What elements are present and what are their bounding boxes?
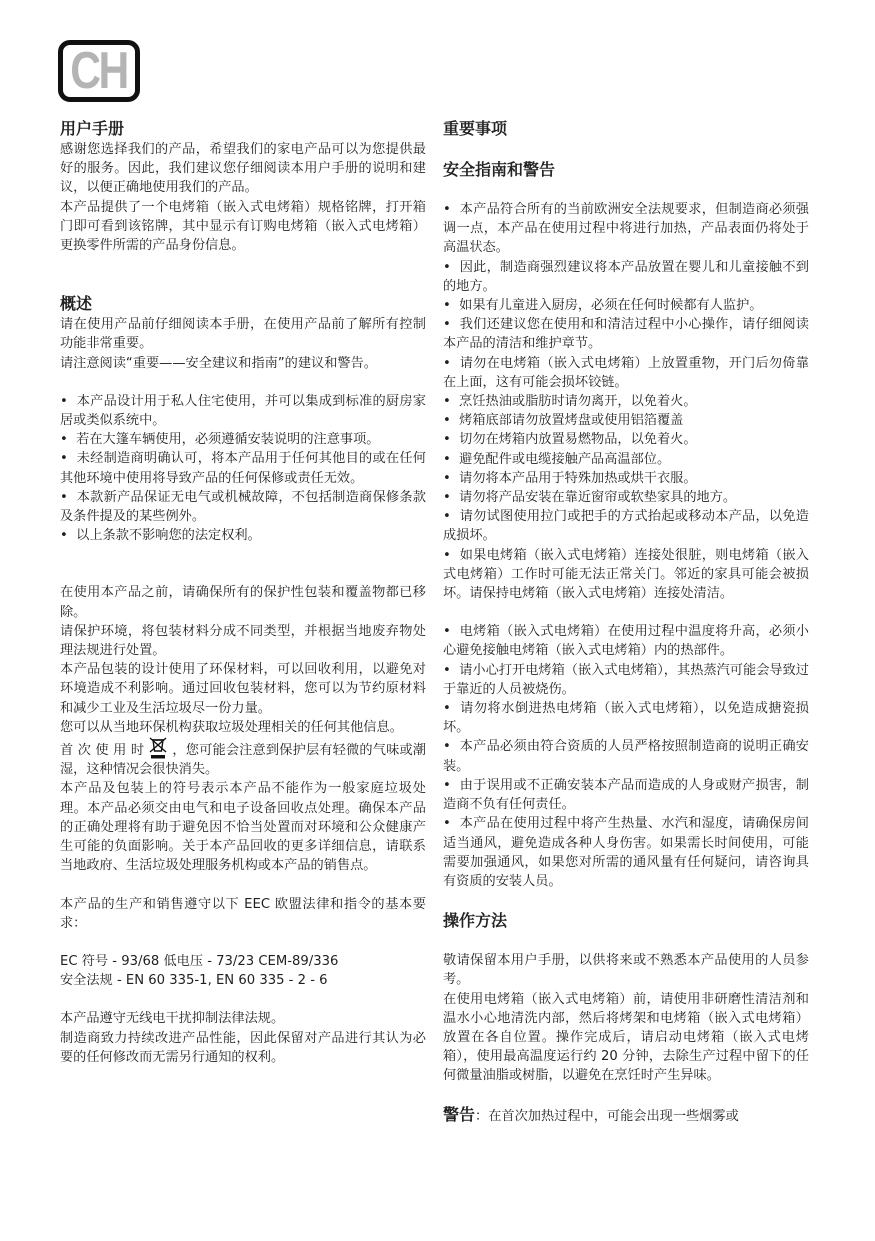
safety-bullet: 因此，制造商强烈建议将本产品放置在婴儿和儿童接触不到的地方。 <box>443 258 809 296</box>
disposal-paragraph: 本产品及包装上的符号表示本产品不能作为一般家庭垃圾处理。本产品必须交由电气和电子… <box>60 779 426 875</box>
safety-bullet: 请小心打开电烤箱（嵌入式电烤箱），其热蒸汽可能会导致过于靠近的人员被烧伤。 <box>443 661 809 699</box>
warning-paragraph: 警告：在首次加热过程中，可能会出现一些烟雾或 <box>443 1105 809 1126</box>
operation-paragraph: 敬请保留本用户手册，以供将来或不熟悉本产品使用的人员参考。 <box>443 951 809 989</box>
safety-bullet: 请勿试图使用拉门或把手的方式抬起或移动本产品，以免造成损坏。 <box>443 507 809 545</box>
packaging-paragraph: 请保护环境，将包装材料分成不同类型，并根据当地废弃物处理法规进行处置。 <box>60 622 426 660</box>
crossed-bin-icon <box>148 737 168 759</box>
safety-bullet: 电烤箱（嵌入式电烤箱）在使用过程中温度将升高，必须小心避免接触电烤箱（嵌入式电烤… <box>443 622 809 660</box>
safety-bullet: 切勿在烤箱内放置易燃物品，以免着火。 <box>443 430 809 449</box>
safety-bullet: 本产品符合所有的当前欧洲安全法规要求，但制造商必须强调一点，本产品在使用过程中将… <box>443 200 809 258</box>
safety-bullet: 烹饪热油或脂肪时请勿离开，以免着火。 <box>443 392 809 411</box>
safety-bullet: 本产品在使用过程中将产生热量、水汽和湿度，请确保房间适当通风，避免造成各种人身伤… <box>443 814 809 891</box>
overview-paragraph: 请注意阅读“重要——安全建议和指南”的建议和警告。 <box>60 354 426 373</box>
overview-paragraph: 请在使用产品前仔细阅读本手册，在使用产品前了解所有控制功能非常重要。 <box>60 315 426 353</box>
safety-bullet: 如果电烤箱（嵌入式电烤箱）连接处很脏，则电烤箱（嵌入式电烤箱）工作时可能无法正常… <box>443 546 809 604</box>
warning-label: 警告 <box>443 1105 475 1124</box>
intro-paragraph: 感谢您选择我们的产品，希望我们的家电产品可以为您提供最好的服务。因此，我们建议您… <box>60 140 426 198</box>
operation-title: 操作方法 <box>443 910 809 932</box>
packaging-paragraph: 在使用本产品之前，请确保所有的保护性包装和覆盖物都已移除。 <box>60 583 426 621</box>
safety-bullet: 我们还建议您在使用和和清洁过程中小心操作，请仔细阅读本产品的清洁和维护章节。 <box>443 315 809 353</box>
overview-title: 概述 <box>60 293 426 315</box>
intro-paragraph: 本产品提供了一个电烤箱（嵌入式电烤箱）规格铭牌，打开箱门即可看到该铭牌，其中显示… <box>60 198 426 256</box>
safety-bullet: 请勿将本产品用于特殊加热或烘干衣服。 <box>443 469 809 488</box>
packaging-paragraph: 您可以从当地环保机构获取垃圾处理相关的任何其他信息。 <box>60 718 426 737</box>
standards-line: 安全法规 - EN 60 335-1, EN 60 335 - 2 - 6 <box>60 971 426 990</box>
logo-text: CH <box>71 45 128 97</box>
closing-paragraph: 制造商致力持续改进产品性能，因此保留对产品进行其认为必要的任何修改而无需另行通知… <box>60 1029 426 1067</box>
overview-bullet: 若在大篷车辆使用，必须遵循安装说明的注意事项。 <box>60 430 426 449</box>
overview-bullet: 本款新产品保证无电气或机械故障，不包括制造商保修条款及条件提及的某些例外。 <box>60 488 426 526</box>
safety-bullet: 请勿将水倒进热电烤箱（嵌入式电烤箱），以免造成搪瓷损坏。 <box>443 699 809 737</box>
eec-paragraph: 本产品的生产和销售遵守以下 EEC 欧盟法律和指令的基本要求： <box>60 895 426 933</box>
safety-bullet: 烤箱底部请勿放置烤盘或使用铝箔覆盖 <box>443 411 809 430</box>
overview-bullet: 未经制造商明确认可，将本产品用于任何其他目的或在任何其他环境中使用将导致产品的任… <box>60 449 426 487</box>
standards-line: EC 符号 - 93/68 低电压 - 73/23 CEM-89/336 <box>60 952 426 971</box>
closing-paragraph: 本产品遵守无线电干扰抑制法律法规。 <box>60 1009 426 1028</box>
first-use-prefix: 首 次 使 用 时 <box>60 743 144 758</box>
safety-bullet: 请勿在电烤箱（嵌入式电烤箱）上放置重物，开门后勿倚靠在上面，这有可能会损坏铰链。 <box>443 354 809 392</box>
safety-bullet: 避免配件或电缆接触产品高温部位。 <box>443 450 809 469</box>
safety-bullet: 如果有儿童进入厨房，必须在任何时候都有人监护。 <box>443 296 809 315</box>
ch-country-logo: CH <box>58 40 140 102</box>
overview-bullet: 本产品设计用于私人住宅使用，并可以集成到标准的厨房家居或类似系统中。 <box>60 392 426 430</box>
warning-text: ：在首次加热过程中，可能会出现一些烟雾或 <box>475 1109 739 1124</box>
operation-paragraph: 在使用电烤箱（嵌入式电烤箱）前，请使用非研磨性清洁剂和温水小心地清洗内部，然后将… <box>443 990 809 1086</box>
safety-bullet: 由于误用或不正确安装本产品而造成的人身或财产损害，制造商不负有任何责任。 <box>443 776 809 814</box>
left-column: 用户手册 感谢您选择我们的产品，希望我们的家电产品可以为您提供最好的服务。因此，… <box>60 118 426 1067</box>
first-use-paragraph: 首 次 使 用 时 ，您可能会注意到保护层有轻微的气味或潮湿，这种情况会很快消失… <box>60 737 426 779</box>
safety-bullet: 请勿将产品安装在靠近窗帘或软垫家具的地方。 <box>443 488 809 507</box>
packaging-paragraph: 本产品包装的设计使用了环保材料，可以回收利用，以避免对环境造成不利影响。通过回收… <box>60 660 426 718</box>
safety-title: 安全指南和警告 <box>443 159 809 181</box>
safety-bullet: 本产品必须由符合资质的人员严格按照制造商的说明正确安装。 <box>443 737 809 775</box>
right-column: 重要事项 安全指南和警告 本产品符合所有的当前欧洲安全法规要求，但制造商必须强调… <box>443 118 809 1126</box>
important-title: 重要事项 <box>443 118 809 140</box>
manual-title: 用户手册 <box>60 118 426 140</box>
overview-bullet: 以上条款不影响您的法定权利。 <box>60 526 426 545</box>
